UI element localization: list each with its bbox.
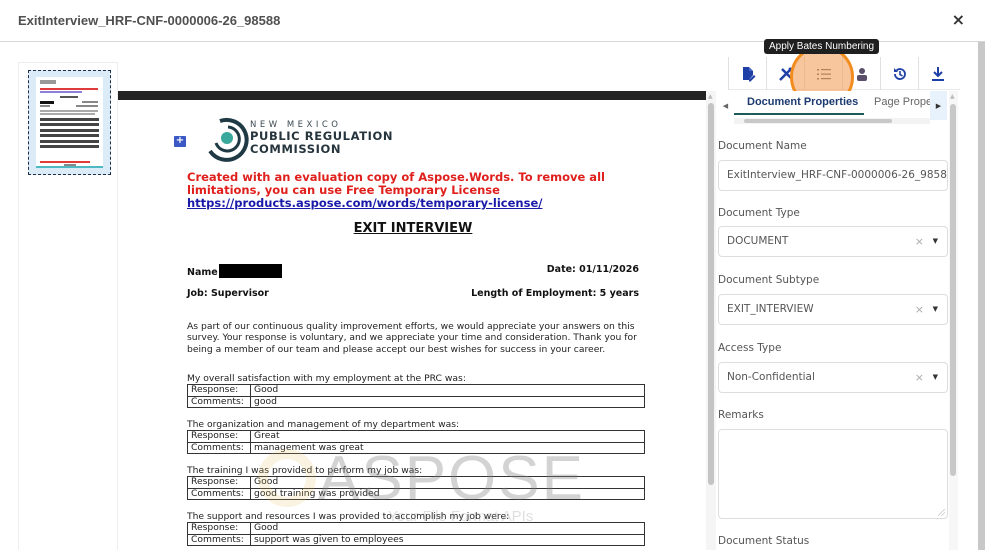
properties-scrollbar-thumb[interactable]	[950, 104, 956, 476]
evaluation-notice: Created with an evaluation copy of Aspos…	[187, 171, 647, 196]
response-value: Good	[251, 523, 645, 535]
download-button[interactable]	[918, 57, 956, 90]
clear-icon[interactable]: ×	[915, 363, 924, 392]
answer-table: Response:GoodComments:support was given …	[187, 522, 645, 546]
answer-table: Response:GoodComments:good	[187, 384, 645, 408]
tab-document-properties[interactable]: Document Properties	[747, 96, 858, 108]
modal-scrollbar[interactable]	[978, 42, 985, 550]
scroll-up-icon[interactable]: ▲	[708, 93, 713, 100]
access-type-label: Access Type	[718, 342, 781, 354]
file-edit-icon	[740, 66, 756, 82]
history-button[interactable]	[880, 57, 918, 90]
document-viewer-modal: ExitInterview_HRF-CNF-0000006-26_98588 ×	[0, 0, 985, 550]
page-top-border	[118, 91, 706, 100]
history-icon	[892, 66, 908, 82]
modal-header: ExitInterview_HRF-CNF-0000006-26_98588 ×	[0, 0, 985, 42]
active-tab-indicator	[734, 113, 864, 115]
properties-tabs: ◀ Document Properties Page Properties ▶	[717, 91, 947, 127]
answer-table: Response:GreatComments:management was gr…	[187, 430, 645, 454]
tab-scroll-right-icon[interactable]: ▶	[930, 91, 947, 120]
job-field: Job: Supervisor	[187, 288, 269, 299]
name-date-row: Name Date: 01/11/2026	[187, 264, 639, 278]
question-text: The training I was provided to perform m…	[187, 465, 645, 476]
user-assign-button[interactable]	[842, 57, 880, 90]
tabs-scrollbar-thumb[interactable]	[744, 119, 892, 123]
clear-icon[interactable]: ×	[915, 227, 924, 256]
viewer-scrollbar[interactable]: ▲	[706, 91, 716, 550]
response-label: Response:	[188, 431, 251, 443]
length-field: Length of Employment: 5 years	[471, 288, 639, 299]
apply-bates-numbering-button[interactable]	[804, 57, 842, 90]
access-type-value: Non-Confidential	[727, 371, 815, 383]
comments-value: good training was provided	[251, 488, 645, 500]
question-text: The organization and management of my de…	[187, 419, 645, 430]
add-comment-icon[interactable]: +	[174, 136, 186, 147]
intro-paragraph: As part of our continuous quality improv…	[187, 321, 639, 355]
response-value: Great	[251, 431, 645, 443]
document-status-label: Document Status	[718, 535, 809, 547]
survey-question: The organization and management of my de…	[187, 419, 645, 454]
comments-label: Comments:	[188, 442, 251, 454]
edit-document-button[interactable]	[728, 57, 766, 90]
response-value: Good	[251, 477, 645, 489]
comments-value: support was given to employees	[251, 534, 645, 546]
comments-label: Comments:	[188, 488, 251, 500]
document-subtype-label: Document Subtype	[718, 274, 819, 286]
user-icon	[854, 66, 870, 82]
chevron-down-icon[interactable]: ▼	[933, 227, 938, 256]
survey-question: My overall satisfaction with my employme…	[187, 373, 645, 408]
document-subtype-select[interactable]: EXIT_INTERVIEW × ▼	[718, 294, 948, 325]
job-length-row: Job: Supervisor Length of Employment: 5 …	[187, 288, 639, 299]
survey-question: The support and resources I was provided…	[187, 511, 645, 546]
resize-grip-icon[interactable]	[938, 509, 945, 516]
chevron-down-icon[interactable]: ▼	[933, 295, 938, 324]
org-name-line3: COMMISSION	[250, 142, 341, 156]
document-type-select[interactable]: DOCUMENT × ▼	[718, 226, 948, 257]
list-numbered-icon	[816, 66, 832, 82]
remarks-label: Remarks	[718, 409, 764, 421]
scroll-up-icon[interactable]: ▲	[950, 93, 955, 100]
question-text: My overall satisfaction with my employme…	[187, 373, 645, 384]
toolbar-tooltip: Apply Bates Numbering	[764, 39, 879, 54]
viewer-scrollbar-thumb[interactable]	[708, 103, 714, 485]
document-viewer[interactable]: + NEW MEXICO PUBLIC REGULATION COMMISSIO…	[118, 91, 706, 550]
document-name-input[interactable]: ExitInterview_HRF-CNF-0000006-26_98588	[718, 160, 948, 191]
response-label: Response:	[188, 523, 251, 535]
document-subtype-value: EXIT_INTERVIEW	[727, 303, 814, 315]
document-toolbar	[728, 57, 960, 90]
date-field: Date: 01/11/2026	[547, 264, 639, 275]
response-label: Response:	[188, 477, 251, 489]
comments-label: Comments:	[188, 534, 251, 546]
remarks-textarea[interactable]	[718, 429, 948, 519]
close-icon[interactable]: ×	[952, 10, 965, 29]
tab-page-properties[interactable]: Page Properties	[874, 96, 930, 108]
modal-title: ExitInterview_HRF-CNF-0000006-26_98588	[18, 13, 280, 28]
document-name-label: Document Name	[718, 140, 807, 152]
page-thumbnail-panel	[18, 62, 118, 550]
response-label: Response:	[188, 385, 251, 397]
tab-scroll-left-icon[interactable]: ◀	[717, 91, 734, 120]
redacted-name	[219, 264, 282, 278]
comments-label: Comments:	[188, 396, 251, 408]
comments-value: management was great	[251, 442, 645, 454]
license-link[interactable]: https://products.aspose.com/words/tempor…	[187, 196, 542, 210]
name-label: Name	[187, 267, 218, 278]
document-title: EXIT INTERVIEW	[187, 221, 639, 236]
clear-icon[interactable]: ×	[915, 295, 924, 324]
download-icon	[930, 66, 946, 82]
document-properties-form: Document Name ExitInterview_HRF-CNF-0000…	[718, 128, 948, 550]
survey-question: The training I was provided to perform m…	[187, 465, 645, 500]
chevron-down-icon[interactable]: ▼	[933, 363, 938, 392]
properties-panel-scrollbar[interactable]: ▲	[949, 91, 958, 550]
document-type-label: Document Type	[718, 207, 800, 219]
tools-icon	[778, 66, 794, 82]
page-thumbnail-1[interactable]	[28, 70, 111, 175]
thumbnail-preview	[36, 77, 103, 168]
tools-button[interactable]	[766, 57, 804, 90]
comments-value: good	[251, 396, 645, 408]
tabs-horizontal-scrollbar[interactable]	[734, 118, 930, 124]
access-type-select[interactable]: Non-Confidential × ▼	[718, 362, 948, 393]
answer-table: Response:GoodComments:good training was …	[187, 476, 645, 500]
question-text: The support and resources I was provided…	[187, 511, 645, 522]
document-type-value: DOCUMENT	[727, 235, 788, 247]
response-value: Good	[251, 385, 645, 397]
org-name-line2: PUBLIC REGULATION	[250, 129, 393, 143]
